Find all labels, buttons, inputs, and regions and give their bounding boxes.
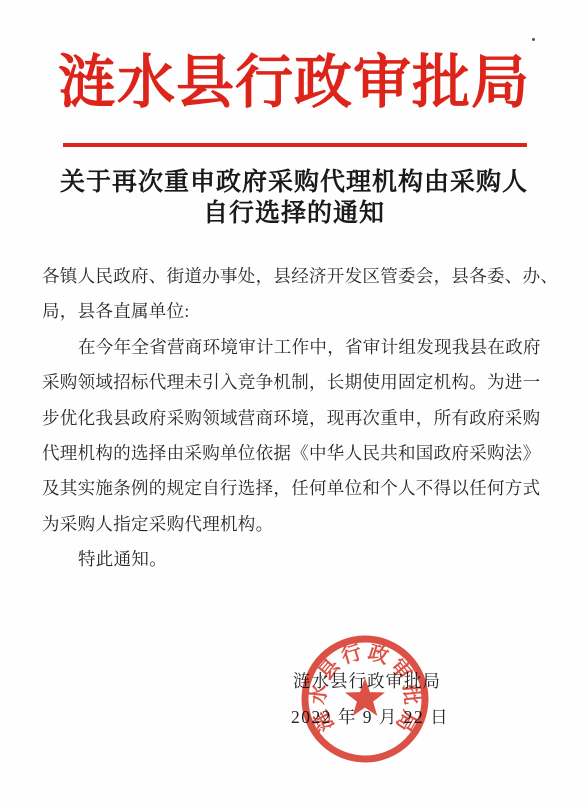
official-document-page: 涟水县行政审批局 关于再次重申政府采购代理机构由采购人 自行选择的通知 各镇人民…: [0, 0, 588, 803]
letterhead-org-name: 涟水县行政审批局: [0, 46, 588, 120]
paragraph-line: 为采购人指定采购代理机构。: [42, 507, 554, 542]
signature-date: 2022 年 9 月 22 日: [291, 704, 449, 730]
letterhead-divider-line: [63, 143, 527, 147]
seal-ring: [305, 639, 425, 759]
official-round-seal: 涟水县行政审批局: [297, 631, 433, 767]
paragraph-line: 采购领域招标代理未引入竞争机制，长期使用固定机构。为进一: [42, 365, 554, 400]
salutation-line: 各镇人民政府、街道办事处，县经济开发区管委会，县各委、办、: [42, 259, 554, 294]
document-title-line1: 关于再次重申政府采购代理机构由采购人: [0, 167, 588, 198]
scan-artifact-dot: [532, 38, 535, 41]
document-body: 各镇人民政府、街道办事处，县经济开发区管委会，县各委、办、 局，县各直属单位: …: [42, 259, 554, 578]
salutation-line: 局，县各直属单位:: [42, 294, 554, 329]
signature-org-name: 涟水县行政审批局: [293, 668, 441, 694]
svg-text:政: 政: [366, 640, 392, 669]
paragraph-line: 步优化我县政府采购领域营商环境，现再次重申，所有政府采购: [42, 401, 554, 436]
paragraph-line: 在今年全省营商环境审计工作中，省审计组发现我县在政府: [42, 330, 554, 365]
seal-graphic: 涟水县行政审批局: [297, 631, 433, 767]
closing-line: 特此通知。: [42, 542, 554, 577]
document-title-line2: 自行选择的通知: [0, 198, 588, 229]
document-title: 关于再次重申政府采购代理机构由采购人 自行选择的通知: [0, 167, 588, 229]
paragraph-line: 代理机构的选择由采购单位依据《中华人民共和国政府采购法》: [42, 436, 554, 471]
svg-text:行: 行: [338, 640, 364, 669]
paragraph-line: 及其实施条例的规定自行选择，任何单位和个人不得以任何方式: [42, 471, 554, 506]
